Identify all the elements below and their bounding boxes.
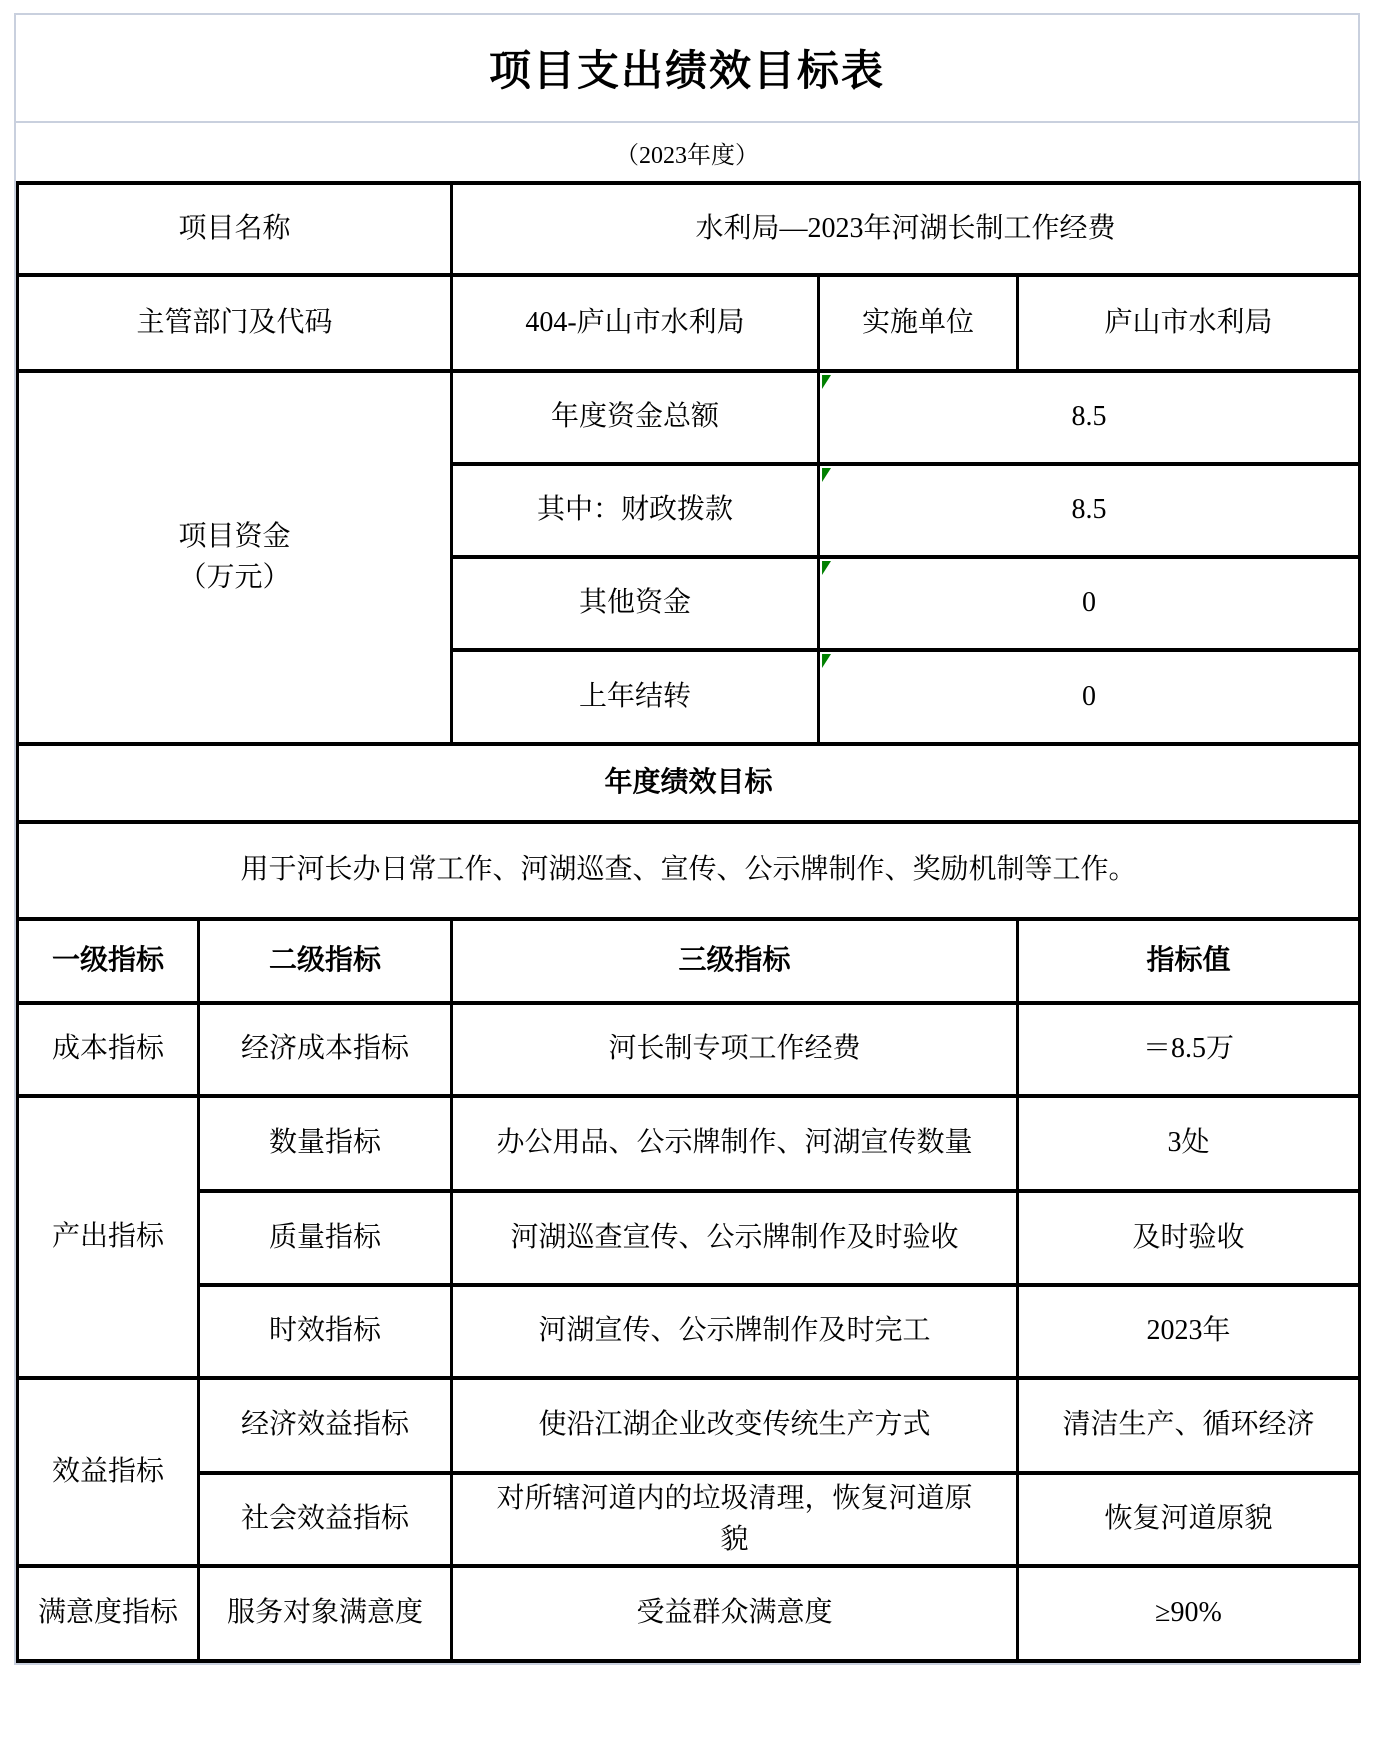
table-row: 项目名称 水利局—2023年河湖长制工作经费 xyxy=(18,183,1360,275)
social-benefit-level2-cell: 社会效益指标 xyxy=(199,1473,452,1566)
benefit-level1-cell: 效益指标 xyxy=(18,1378,199,1566)
impl-unit-label-cell: 实施单位 xyxy=(819,275,1018,371)
fiscal-alloc-value: 8.5 xyxy=(1072,494,1107,525)
satisfaction-level2-cell: 服务对象满意度 xyxy=(199,1566,452,1661)
satisfaction-level3-cell: 受益群众满意度 xyxy=(452,1566,1018,1661)
social-benefit-value-cell: 恢复河道原貌 xyxy=(1018,1473,1360,1566)
table-row: 主管部门及代码 404-庐山市水利局 实施单位 庐山市水利局 xyxy=(18,275,1360,371)
dept-code-value-cell: 404-庐山市水利局 xyxy=(452,275,819,371)
carryover-value-cell: 0 xyxy=(819,650,1360,744)
timeliness-level3-cell: 河湖宣传、公示牌制作及时完工 xyxy=(452,1285,1018,1378)
level2-header-cell: 二级指标 xyxy=(199,919,452,1003)
title-row: 项目支出绩效目标表 xyxy=(16,15,1358,123)
project-name-value-cell: 水利局—2023年河湖长制工作经费 xyxy=(452,183,1360,275)
indicator-header-row: 一级指标 二级指标 三级指标 指标值 xyxy=(18,919,1360,1003)
output-level1-cell: 产出指标 xyxy=(18,1096,199,1378)
indicator-row: 效益指标 经济效益指标 使沿江湖企业改变传统生产方式 清洁生产、循环经济 xyxy=(18,1378,1360,1473)
economic-benefit-value-cell: 清洁生产、循环经济 xyxy=(1018,1378,1360,1473)
other-funds-label-cell: 其他资金 xyxy=(452,557,819,650)
social-benefit-level3-cell: 对所辖河道内的垃圾清理，恢复河道原貌 xyxy=(452,1473,1018,1566)
table-row: 年度绩效目标 xyxy=(18,744,1360,822)
value-header-cell: 指标值 xyxy=(1018,919,1360,1003)
cost-value-cell: ＝8.5万 xyxy=(1018,1003,1360,1096)
fiscal-alloc-value-cell: 8.5 xyxy=(819,464,1360,557)
cost-level1-cell: 成本指标 xyxy=(18,1003,199,1096)
satisfaction-value-cell: ≥90% xyxy=(1018,1566,1360,1661)
economic-benefit-level3-cell: 使沿江湖企业改变传统生产方式 xyxy=(452,1378,1018,1473)
quantity-value-cell: 3处 xyxy=(1018,1096,1360,1191)
indicator-row: 社会效益指标 对所辖河道内的垃圾清理，恢复河道原貌 恢复河道原貌 xyxy=(18,1473,1360,1566)
level1-header-cell: 一级指标 xyxy=(18,919,199,1003)
quality-level2-cell: 质量指标 xyxy=(199,1191,452,1285)
annual-total-value: 8.5 xyxy=(1072,401,1107,432)
carryover-value: 0 xyxy=(1082,681,1096,712)
stored-as-text-flag-icon xyxy=(822,468,831,482)
performance-target-sheet: 项目支出绩效目标表 （2023年度） 项目名称 水利局—2023年河湖长制工作经… xyxy=(14,13,1360,1665)
indicator-row: 成本指标 经济成本指标 河长制专项工作经费 ＝8.5万 xyxy=(18,1003,1360,1096)
cost-level2-cell: 经济成本指标 xyxy=(199,1003,452,1096)
quantity-level2-cell: 数量指标 xyxy=(199,1096,452,1191)
timeliness-level2-cell: 时效指标 xyxy=(199,1285,452,1378)
other-funds-value-cell: 0 xyxy=(819,557,1360,650)
level3-header-cell: 三级指标 xyxy=(452,919,1018,1003)
indicator-row: 产出指标 数量指标 办公用品、公示牌制作、河湖宣传数量 3处 xyxy=(18,1096,1360,1191)
social-benefit-level3-text: 对所辖河道内的垃圾清理，恢复河道原貌 xyxy=(489,1479,981,1560)
fiscal-alloc-label-cell: 其中：财政拨款 xyxy=(452,464,819,557)
annual-total-label-cell: 年度资金总额 xyxy=(452,371,819,464)
stored-as-text-flag-icon xyxy=(822,561,831,575)
table-row: 用于河长办日常工作、河湖巡查、宣传、公示牌制作、奖励机制等工作。 xyxy=(18,822,1360,919)
page-title: 项目支出绩效目标表 xyxy=(489,38,885,98)
dept-code-label-cell: 主管部门及代码 xyxy=(18,275,452,371)
indicator-row: 质量指标 河湖巡查宣传、公示牌制作及时验收 及时验收 xyxy=(18,1191,1360,1285)
impl-unit-value-cell: 庐山市水利局 xyxy=(1018,275,1360,371)
table-row: 项目资金 （万元） 年度资金总额 8.5 xyxy=(18,371,1360,464)
performance-table: 项目名称 水利局—2023年河湖长制工作经费 主管部门及代码 404-庐山市水利… xyxy=(16,181,1361,1663)
annual-total-value-cell: 8.5 xyxy=(819,371,1360,464)
subtitle-year: （2023年度） xyxy=(16,123,1358,181)
quality-value-cell: 及时验收 xyxy=(1018,1191,1360,1285)
indicator-row: 时效指标 河湖宣传、公示牌制作及时完工 2023年 xyxy=(18,1285,1360,1378)
carryover-label-cell: 上年结转 xyxy=(452,650,819,744)
project-name-label-cell: 项目名称 xyxy=(18,183,452,275)
quality-level3-cell: 河湖巡查宣传、公示牌制作及时验收 xyxy=(452,1191,1018,1285)
quantity-level3-cell: 办公用品、公示牌制作、河湖宣传数量 xyxy=(452,1096,1018,1191)
indicator-row: 满意度指标 服务对象满意度 受益群众满意度 ≥90% xyxy=(18,1566,1360,1661)
annual-goal-header-cell: 年度绩效目标 xyxy=(18,744,1360,822)
cost-level3-cell: 河长制专项工作经费 xyxy=(452,1003,1018,1096)
annual-goal-description-cell: 用于河长办日常工作、河湖巡查、宣传、公示牌制作、奖励机制等工作。 xyxy=(18,822,1360,919)
other-funds-value: 0 xyxy=(1082,587,1096,618)
project-funding-label-cell: 项目资金 （万元） xyxy=(18,371,452,744)
economic-benefit-level2-cell: 经济效益指标 xyxy=(199,1378,452,1473)
stored-as-text-flag-icon xyxy=(822,654,831,668)
timeliness-value-cell: 2023年 xyxy=(1018,1285,1360,1378)
stored-as-text-flag-icon xyxy=(822,375,831,389)
satisfaction-level1-cell: 满意度指标 xyxy=(18,1566,199,1661)
